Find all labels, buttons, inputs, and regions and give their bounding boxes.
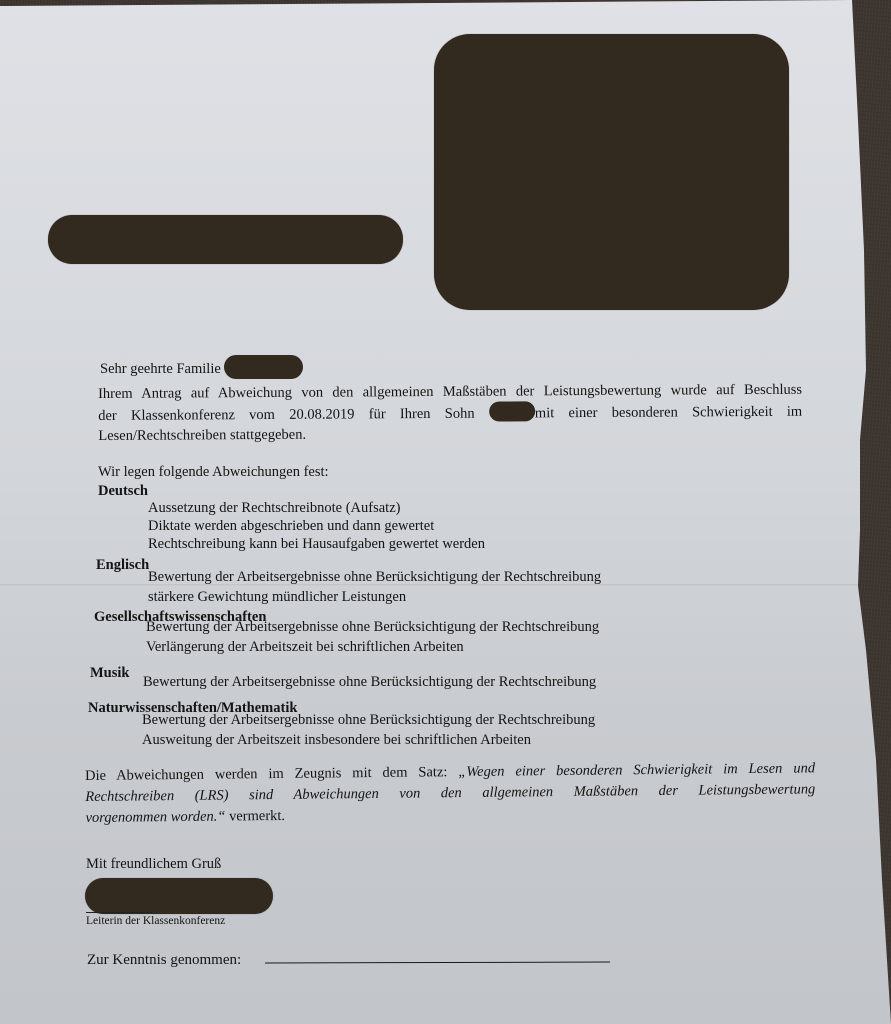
salutation-text: Sehr geehrte Familie xyxy=(100,361,221,377)
redacted-family-name xyxy=(224,355,303,379)
redacted-son-name xyxy=(489,401,535,421)
certificate-note-end: vermerkt. xyxy=(225,808,285,825)
redacted-address xyxy=(48,215,403,264)
letter-paper: Sehr geehrte Familie Ihrem Antrag auf Ab… xyxy=(0,0,891,1024)
signature-line xyxy=(86,912,152,913)
deviation-item: Bewertung der Arbeitsergebnisse ohne Ber… xyxy=(142,712,595,729)
deviation-item: Ausweitung der Arbeitszeit insbesondere … xyxy=(142,732,531,749)
certificate-note-intro: Die Abweichungen werden im Zeugnis mit d… xyxy=(85,764,458,784)
deviation-item: Aussetzung der Rechtschreibnote (Aufsatz… xyxy=(148,500,400,517)
deviation-item: Diktate werden abgeschrieben und dann ge… xyxy=(148,518,434,535)
deviations-intro: Wir legen folgende Abweichungen fest: xyxy=(98,464,329,481)
acknowledgement-label: Zur Kenntnis genommen: xyxy=(87,951,241,969)
subject-heading: Deutsch xyxy=(98,483,148,500)
deviation-item: Rechtschreibung kann bei Hausaufgaben ge… xyxy=(148,536,485,553)
decision-line-2-start: der Klassenkonferenz vom 20.08.2019 für … xyxy=(98,406,475,424)
deviation-item: stärkere Gewichtung mündlicher Leistunge… xyxy=(148,589,406,606)
deviation-item: Bewertung der Arbeitsergebnisse ohne Ber… xyxy=(148,569,601,586)
certificate-quote-part-2: Rechtschreiben (LRS) sind Abweichungen v… xyxy=(85,781,815,805)
deviation-item: Bewertung der Arbeitsergebnisse ohne Ber… xyxy=(143,674,596,691)
certificate-quote-part-3: vorgenommen worden.“ xyxy=(85,809,225,826)
deviation-item: Verlängerung der Arbeitszeit bei schrift… xyxy=(146,639,464,656)
subject-heading: Musik xyxy=(90,665,130,682)
redacted-school-logo xyxy=(434,34,789,310)
subject-heading: Englisch xyxy=(96,557,149,574)
decision-paragraph: Ihrem Antrag auf Abweichung von den allg… xyxy=(98,380,802,446)
decision-line-3: Lesen/Rechtschreiben stattgegeben. xyxy=(98,422,802,446)
certificate-note-paragraph: Die Abweichungen werden im Zeugnis mit d… xyxy=(85,758,816,829)
signature-caption: Leiterin der Klassenkonferenz xyxy=(86,915,225,929)
deviation-item: Bewertung der Arbeitsergebnisse ohne Ber… xyxy=(146,619,599,636)
redacted-signature xyxy=(85,878,273,914)
salutation: Sehr geehrte Familie xyxy=(100,355,303,379)
decision-line-2-end: mit einer besonderen Schwierigkeit im xyxy=(535,404,802,422)
acknowledgement-signature-line[interactable] xyxy=(265,962,610,964)
greeting: Mit freundlichem Gruß xyxy=(86,856,221,873)
certificate-quote-part-1: „Wegen einer besonderen Schwierigkeit im… xyxy=(458,760,815,780)
decision-line-2: der Klassenkonferenz vom 20.08.2019 für … xyxy=(98,400,802,426)
